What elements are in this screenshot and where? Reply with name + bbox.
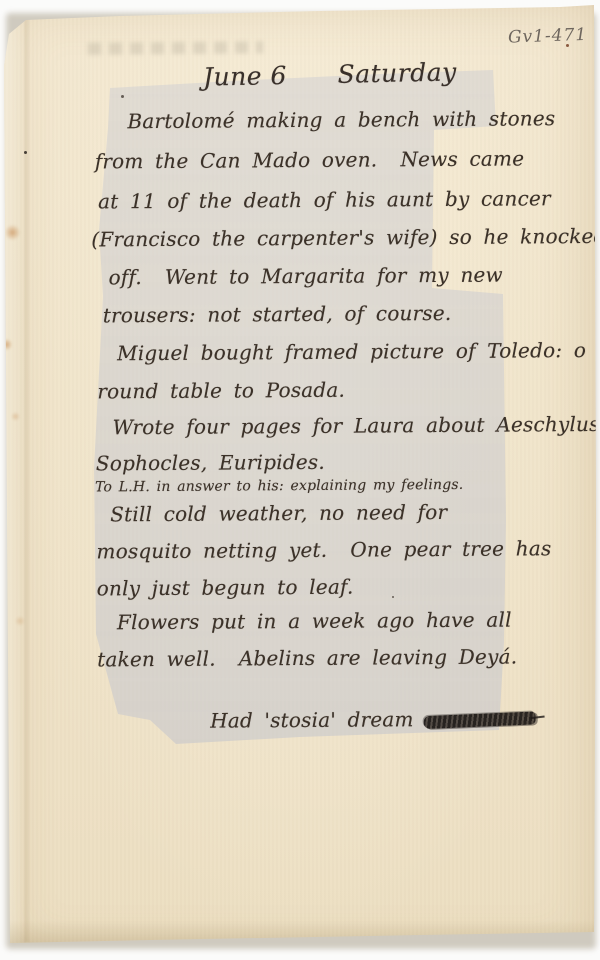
handwritten-line: taken well. Abelins are leaving Deyá. [97,644,517,671]
handwritten-line: Wrote four pages for Laura about Aeschyl… [113,412,600,439]
handwritten-line: Sophocles, Euripides. [96,450,325,476]
diary-page: Gv1-471 June 6 Saturday Bartolomé making… [0,0,600,960]
ink-speck [121,95,124,98]
foxing-stain [1,338,12,351]
handwritten-inserted-line: To L.H. in answer to his: explaining my … [95,477,463,496]
handwritten-line: Bartolomé making a bench with stones [127,106,555,133]
handwritten-line-text: Had 'stosia' dream [210,707,414,732]
handwritten-line: Miguel bought framed picture of Toledo: … [117,338,586,365]
handwritten-line: round table to Posada. [97,378,345,404]
handwritten-line: trousers: not started, of course. [103,301,452,327]
scan-background: Gv1-471 June 6 Saturday Bartolomé making… [0,0,600,960]
ink-speck [566,44,569,47]
foxing-stain [5,224,20,241]
handwritten-line: from the Can Mado oven. News came [95,146,525,173]
handwritten-line: only just begun to leaf. [97,575,354,601]
ink-speck [24,151,27,154]
handwritten-line: Still cold weather, no need for [110,500,447,526]
foxing-stain [11,412,20,421]
handwritten-line: Had 'stosia' dream [117,682,535,757]
entry-body: Bartolomé making a bench with stones fro… [0,0,600,960]
handwritten-line: off. Went to Margarita for my new [108,263,502,290]
handwritten-line: mosquito netting yet. One pear tree has [96,536,551,563]
foxing-stain [15,616,25,626]
ink-speck [392,596,394,598]
scribbled-out-word [423,711,535,729]
handwritten-line: (Francisco the carpenter's wife) so he k… [91,224,600,252]
handwritten-line: Flowers put in a week ago have all [117,608,512,635]
handwritten-line: at 11 of the death of his aunt by cancer [98,186,551,213]
